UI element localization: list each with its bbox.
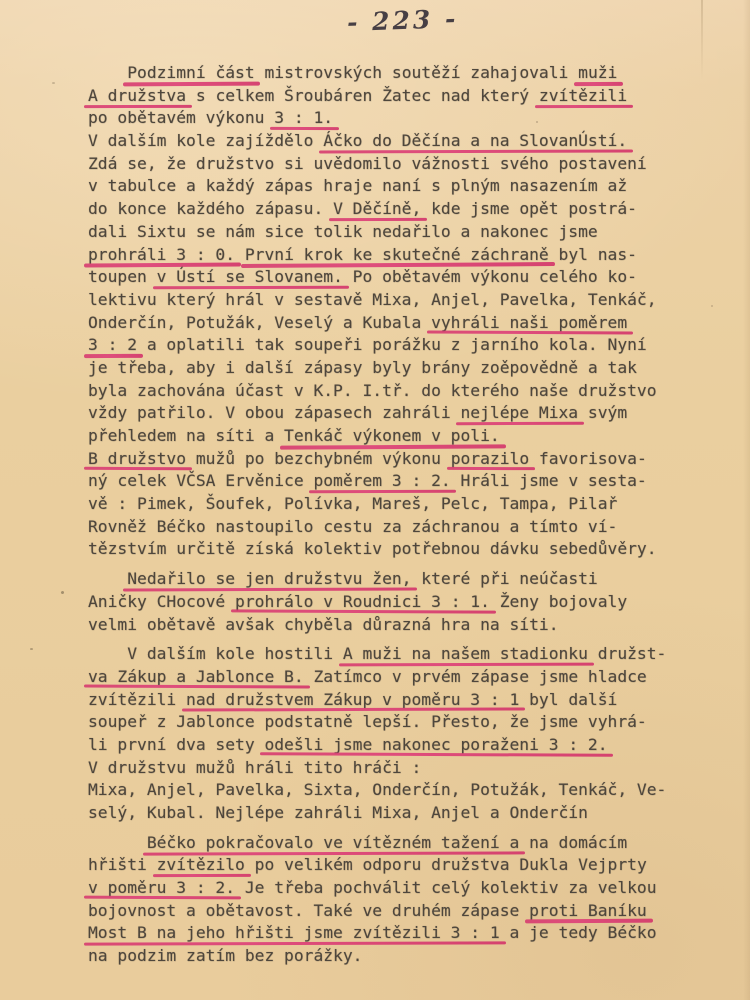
text-segment: které při neúčasti <box>411 569 597 588</box>
underlined-text: va Zákup a Jablonce B. <box>88 667 304 686</box>
text-segment: velmi obětavě avšak chyběla důrazná hra … <box>88 615 559 634</box>
text-segment: Je třeba pochválit celý kolektiv za velk… <box>235 878 657 897</box>
text-segment: vždy patřilo. V obou zápasech zahráli <box>88 403 460 422</box>
text-segment: je třeba, aby i další zápasy byly brány … <box>88 358 637 377</box>
text-segment: li první dva sety <box>88 735 264 754</box>
text-line: vždy patřilo. V obou zápasech zahráli ne… <box>88 402 666 425</box>
text-segment: Zdá se, že družstvo si uvědomilo vážnost… <box>88 154 647 173</box>
text-line: na podzim zatím bez porážky. <box>88 945 666 968</box>
text-segment: s celkem Šroubáren Žatec nad který <box>186 86 539 105</box>
text-segment <box>235 245 245 264</box>
text-segment: po velikém odporu družstva Dukla Vejprty <box>245 855 647 874</box>
paper-speck <box>61 591 65 595</box>
text-line: Most B na jeho hřišti jsme zvítězili 3 :… <box>88 922 666 945</box>
underlined-text: V Děčíně, <box>333 199 421 218</box>
underlined-text: odešli jsme nakonec poraženi 3 : 2. <box>264 735 607 754</box>
text-line: V dalším kole hostili A muži na našem st… <box>88 643 666 666</box>
typewritten-page: - 223 - Podzimní část mistrovských soutě… <box>0 0 750 1000</box>
text-segment: po obětavém výkonu <box>88 108 274 127</box>
text-segment: Mixa, Anjel, Pavelka, Sixta, Onderčín, P… <box>88 780 666 799</box>
text-line: Rovněž Béčko nastoupilo cestu za záchran… <box>88 516 666 539</box>
text-line: B družstvo mužů po bezchybném výkonu por… <box>88 448 666 471</box>
underlined-text: poměrem 3 : 2. <box>313 471 450 490</box>
text-segment: byl další <box>519 690 617 709</box>
text-segment <box>88 63 127 82</box>
text-segment: favorisova- <box>529 449 647 468</box>
underlined-text: prohrálo v Roudnici 3 : 1. <box>235 592 490 611</box>
underlined-text: nejlépe Mixa <box>460 403 578 422</box>
text-line: zvítězili nad družstvem Zákup v poměru 3… <box>88 689 666 712</box>
text-segment: a oplatili tak soupeři porážku z jarního… <box>137 335 647 354</box>
text-line: lektivu který hrál v sestavě Mixa, Anjel… <box>88 289 666 312</box>
text-line: byla zachována účast v K.P. I.tř. do kte… <box>88 380 666 403</box>
text-line: hřišti zvítězilo po velikém odporu družs… <box>88 854 666 877</box>
paper-crease <box>701 0 703 80</box>
text-line: va Zákup a Jablonce B. Zatímco v prvém z… <box>88 666 666 689</box>
text-segment: na domácím <box>519 833 627 852</box>
paper-speck <box>536 121 538 123</box>
underlined-text: První krok ke skutečné záchraně <box>245 245 549 264</box>
paper-speck <box>711 305 713 307</box>
text-line: Mixa, Anjel, Pavelka, Sixta, Onderčín, P… <box>88 779 666 802</box>
underlined-text: prohráli 3 : 0. <box>88 245 235 264</box>
underlined-text: v poměru 3 : 2. <box>88 878 235 897</box>
text-segment: tězstvím určitě získá kolektiv potřebnou… <box>88 539 657 558</box>
underlined-text: A družstva <box>88 86 186 105</box>
text-segment: Ženy bojovaly <box>490 592 627 611</box>
text-segment: byl nas- <box>549 245 637 264</box>
page-number-handwritten: - 223 - <box>347 4 459 37</box>
text-line: Onderčín, Potužák, Veselý a Kubala vyhrá… <box>88 312 666 335</box>
text-segment: ný celek VČSA Ervěnice <box>88 471 313 490</box>
underlined-text: B družstvo <box>88 449 186 468</box>
text-segment: soupeř z Jablonce podstatně lepší. Přest… <box>88 712 647 731</box>
text-segment: a je tedy Béčko <box>500 923 657 942</box>
underlined-text: nad družstvem Zákup v poměru 3 : 1 <box>186 690 519 709</box>
text-line: do konce každého zápasu. V Děčíně, kde j… <box>88 198 666 221</box>
text-segment: dali Sixtu se nám sice tolik nedařilo a … <box>88 222 598 241</box>
text-segment: v tabulce a každý zápas hraje naní s pln… <box>88 176 627 195</box>
underlined-text: Tenkáč výkonem v poli. <box>284 426 500 445</box>
text-segment: vě : Pimek, Šoufek, Polívka, Mareš, Pelc… <box>88 494 617 513</box>
text-segment: selý, Kubal. Nejlépe zahráli Mixa, Anjel… <box>88 803 588 822</box>
text-line: prohráli 3 : 0. První krok ke skutečné z… <box>88 244 666 267</box>
text-segment <box>88 569 127 588</box>
underlined-text: Nedařilo se jen družstvu žen, <box>127 569 411 588</box>
text-line: v poměru 3 : 2. Je třeba pochválit celý … <box>88 877 666 900</box>
underlined-text: A muži na našem stadionku <box>343 644 588 663</box>
text-segment: bojovnost a obětavost. Také ve druhém zá… <box>88 901 529 920</box>
document-body: Podzimní část mistrovských soutěží zahaj… <box>88 62 666 968</box>
text-line: Zdá se, že družstvo si uvědomilo vážnost… <box>88 153 666 176</box>
text-line: ný celek VČSA Ervěnice poměrem 3 : 2. Hr… <box>88 470 666 493</box>
text-line: dali Sixtu se nám sice tolik nedařilo a … <box>88 221 666 244</box>
text-segment: hřišti <box>88 855 157 874</box>
underlined-text: 3 : 2 <box>88 335 137 354</box>
text-segment: přehledem na síti a <box>88 426 284 445</box>
underlined-text: Béčko pokračovalo ve vítězném tažení a <box>147 833 519 852</box>
underlined-text: porazilo <box>451 449 529 468</box>
paper-edge-shadow <box>743 0 750 1000</box>
text-segment: V dalším kole zajíždělo <box>88 131 323 150</box>
text-segment: mistrovských soutěží zahajovali <box>255 63 578 82</box>
text-segment: Zatímco v prvém zápase jsme hladce <box>304 667 647 686</box>
text-line: selý, Kubal. Nejlépe zahráli Mixa, Anjel… <box>88 802 666 825</box>
text-segment: V družstvu mužů hráli tito hráči : <box>88 758 421 777</box>
text-line: po obětavém výkonu 3 : 1. <box>88 107 666 130</box>
text-line: Podzimní část mistrovských soutěží zahaj… <box>88 62 666 85</box>
text-segment: toupen <box>88 267 157 286</box>
text-segment: na podzim zatím bez porážky. <box>88 946 362 965</box>
underlined-text: proti Baníku <box>529 901 647 920</box>
text-segment: družst- <box>588 644 666 663</box>
text-line: velmi obětavě avšak chyběla důrazná hra … <box>88 614 666 637</box>
underlined-text: zvítězilo <box>157 855 245 874</box>
text-line: přehledem na síti a Tenkáč výkonem v pol… <box>88 425 666 448</box>
text-line: V družstvu mužů hráli tito hráči : <box>88 757 666 780</box>
text-segment: V dalším kole hostili <box>88 644 343 663</box>
text-segment <box>88 833 147 852</box>
text-segment: Hráli jsme v sesta- <box>451 471 647 490</box>
text-line: 3 : 2 a oplatili tak soupeři porážku z j… <box>88 334 666 357</box>
text-line: v tabulce a každý zápas hraje naní s pln… <box>88 175 666 198</box>
text-segment: Po obětavém výkonu celého ko- <box>343 267 637 286</box>
text-line: toupen v Ústí se Slovanem. Po obětavém v… <box>88 266 666 289</box>
paper-speck <box>30 648 33 650</box>
text-segment: zvítězili <box>88 690 186 709</box>
text-segment: lektivu který hrál v sestavě Mixa, Anjel… <box>88 290 657 309</box>
text-line: vě : Pimek, Šoufek, Polívka, Mareš, Pelc… <box>88 493 666 516</box>
text-line: li první dva sety odešli jsme nakonec po… <box>88 734 666 757</box>
text-segment: do konce každého zápasu. <box>88 199 333 218</box>
text-line: Béčko pokračovalo ve vítězném tažení a n… <box>88 832 666 855</box>
text-segment: kde jsme opět postrá- <box>421 199 637 218</box>
underlined-text: v Ústí se Slovanem. <box>157 267 343 286</box>
underlined-text: Áčko do Děčína a na SlovanÚstí. <box>323 131 627 150</box>
text-line: je třeba, aby i další zápasy byly brány … <box>88 357 666 380</box>
text-line: V dalším kole zajíždělo Áčko do Děčína a… <box>88 130 666 153</box>
underlined-text: 3 : 1. <box>274 108 333 127</box>
text-line: bojovnost a obětavost. Také ve druhém zá… <box>88 900 666 923</box>
text-segment: byla zachována účast v K.P. I.tř. do kte… <box>88 381 657 400</box>
text-line: A družstva s celkem Šroubáren Žatec nad … <box>88 85 666 108</box>
underlined-text: vyhráli naši poměrem <box>431 313 627 332</box>
text-segment: mužů po bezchybném výkonu <box>186 449 451 468</box>
text-segment: Onderčín, Potužák, Veselý a Kubala <box>88 313 431 332</box>
text-segment: Aničky CHocové <box>88 592 235 611</box>
paper-speck <box>52 82 55 84</box>
underlined-text: Most B na jeho hřišti jsme zvítězili 3 :… <box>88 923 500 942</box>
text-line: soupeř z Jablonce podstatně lepší. Přest… <box>88 711 666 734</box>
underlined-text: zvítězili <box>539 86 627 105</box>
underlined-text: Podzimní část <box>127 63 254 82</box>
underlined-text: muži <box>578 63 617 82</box>
text-segment: svým <box>578 403 627 422</box>
text-line: Aničky CHocové prohrálo v Roudnici 3 : 1… <box>88 591 666 614</box>
text-line: Nedařilo se jen družstvu žen, které při … <box>88 568 666 591</box>
text-line: tězstvím určitě získá kolektiv potřebnou… <box>88 538 666 561</box>
text-segment: Rovněž Béčko nastoupilo cestu za záchran… <box>88 517 617 536</box>
